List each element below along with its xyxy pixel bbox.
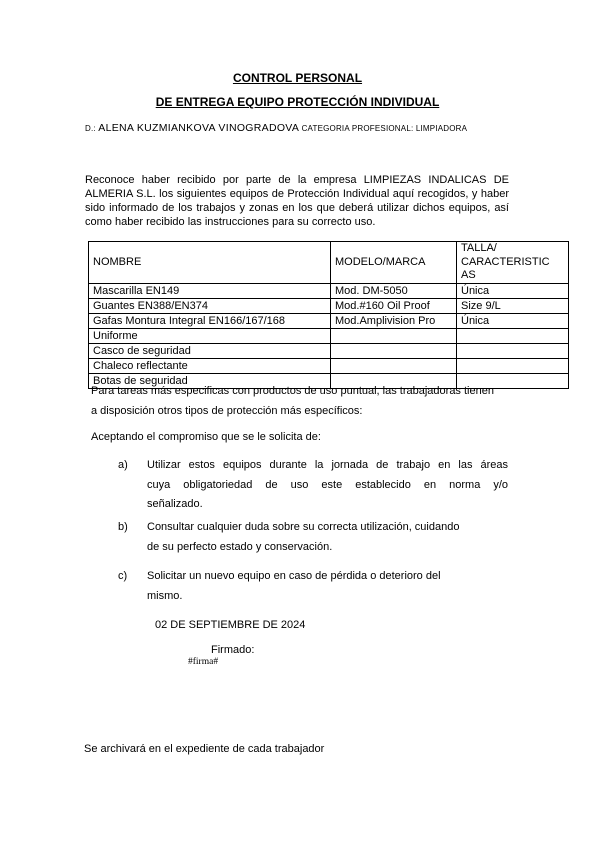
table-cell: Única — [457, 314, 569, 329]
commitment-b-line2: de su perfecto estado y conservación. — [147, 538, 508, 558]
commitment-marker-a: a) — [118, 456, 128, 476]
table-row: Mascarilla EN149 Mod. DM-5050 Única — [89, 284, 569, 299]
archive-note: Se archivará en el expediente de cada tr… — [84, 742, 324, 756]
commitment-marker-b: b) — [118, 518, 128, 538]
commitment-text-a: Utilizar estos equipos durante la jornad… — [147, 456, 508, 515]
header-talla-caracteristicas: TALLA/ CARACTERISTIC AS — [457, 242, 569, 284]
commitment-item-c: c) Solicitar un nuevo equipo en caso de … — [118, 567, 513, 606]
table-cell: Mod.Amplivision Pro — [331, 314, 457, 329]
intro-paragraph: Reconoce haber recibido por parte de la … — [85, 174, 509, 230]
equipment-table: NOMBRE MODELO/MARCA TALLA/ CARACTERISTIC… — [88, 241, 569, 389]
table-cell: Mod.#160 Oil Proof — [331, 299, 457, 314]
table-row: Uniforme — [89, 329, 569, 344]
table-cell: Size 9/L — [457, 299, 569, 314]
document-title-line1: CONTROL PERSONAL — [0, 71, 595, 85]
table-cell: Única — [457, 284, 569, 299]
commitment-a-line2: cuya obligatoriedad de uso este establec… — [147, 476, 508, 496]
commitment-item-a: a) Utilizar estos equipos durante la jor… — [118, 456, 513, 515]
table-cell — [457, 329, 569, 344]
table-cell: Uniforme — [89, 329, 331, 344]
table-cell — [457, 344, 569, 359]
commitment-intro: Aceptando el compromiso que se le solici… — [91, 428, 321, 448]
table-row: Gafas Montura Integral EN166/167/168 Mod… — [89, 314, 569, 329]
table-cell — [331, 329, 457, 344]
commitment-c-line1: Solicitar un nuevo equipo en caso de pér… — [147, 567, 508, 587]
table-cell — [331, 359, 457, 374]
document-title-line2: DE ENTREGA EQUIPO PROTECCIÓN INDIVIDUAL — [0, 95, 595, 109]
header-modelo-marca: MODELO/MARCA — [331, 242, 457, 284]
commitment-c-line2: mismo. — [147, 587, 508, 607]
document-date: 02 DE SEPTIEMBRE DE 2024 — [155, 618, 305, 632]
commitment-item-b: b) Consultar cualquier duda sobre su cor… — [118, 518, 513, 557]
recipient-name: ALENA KUZMIANKOVA VINOGRADOVA — [98, 122, 299, 134]
table-cell — [331, 344, 457, 359]
recipient-line: D.: ALENA KUZMIANKOVA VINOGRADOVA CATEGO… — [85, 121, 467, 136]
specific-protection-note: Para tareas más especificas con producto… — [91, 382, 511, 421]
table-cell: Mod. DM-5050 — [331, 284, 457, 299]
table-cell: Casco de seguridad — [89, 344, 331, 359]
recipient-category-value: LIMPIADORA — [416, 124, 467, 133]
commitment-text-c: Solicitar un nuevo equipo en caso de pér… — [147, 567, 508, 606]
recipient-category-label: CATEGORIA PROFESIONAL: — [302, 124, 414, 133]
commitment-text-b: Consultar cualquier duda sobre su correc… — [147, 518, 508, 557]
header-nombre: NOMBRE — [89, 242, 331, 284]
table-cell — [457, 359, 569, 374]
table-row: Chaleco reflectante — [89, 359, 569, 374]
recipient-prefix: D.: — [85, 124, 96, 133]
commitment-a-line1: Utilizar estos equipos durante la jornad… — [147, 456, 508, 476]
table-header-row: NOMBRE MODELO/MARCA TALLA/ CARACTERISTIC… — [89, 242, 569, 284]
document-page: CONTROL PERSONAL DE ENTREGA EQUIPO PROTE… — [0, 0, 595, 841]
commitment-a-line3: señalizado. — [147, 495, 508, 515]
table-cell: Gafas Montura Integral EN166/167/168 — [89, 314, 331, 329]
table-row: Guantes EN388/EN374 Mod.#160 Oil Proof S… — [89, 299, 569, 314]
commitment-b-line1: Consultar cualquier duda sobre su correc… — [147, 518, 508, 538]
signature-label: Firmado: — [211, 643, 254, 657]
table-row: Casco de seguridad — [89, 344, 569, 359]
table-cell: Mascarilla EN149 — [89, 284, 331, 299]
table-cell: Chaleco reflectante — [89, 359, 331, 374]
signature-placeholder: #firma# — [188, 656, 218, 668]
commitment-marker-c: c) — [118, 567, 127, 587]
table-cell: Guantes EN388/EN374 — [89, 299, 331, 314]
